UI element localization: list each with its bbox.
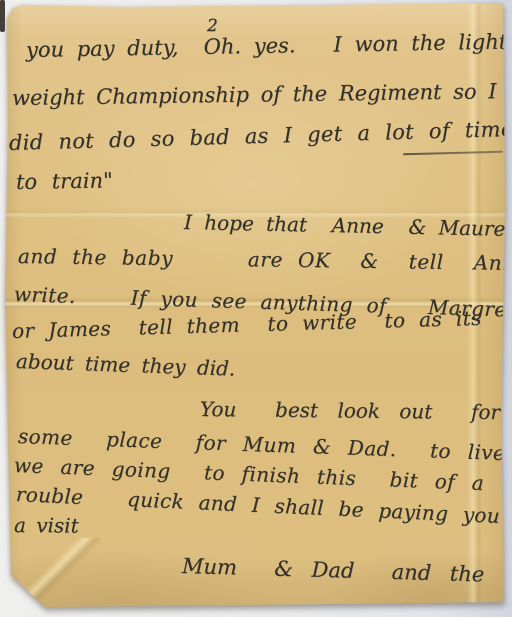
handwritten-line: Mum & Dad and the rest	[182, 556, 512, 588]
page-number: 2	[207, 18, 218, 35]
handwritten-line: I hope that Anne & Maureen	[184, 212, 512, 239]
handwritten-line: about time they did.	[16, 351, 236, 379]
handwritten-line: you pay duty, Oh. yes. I won the light	[26, 32, 508, 61]
fold-crease-cut-corner	[5, 538, 100, 607]
handwritten-line: to train"	[16, 170, 113, 193]
handwritten-line: and the baby are OK & tell Anne to	[18, 246, 512, 274]
letter-paper-wrap: 2 you pay duty, Oh. yes. I won the light…	[0, 0, 512, 617]
handwritten-line: a visit	[14, 515, 79, 536]
pen-flourish-stroke	[403, 151, 503, 156]
letter-page: 2 you pay duty, Oh. yes. I won the light…	[5, 3, 505, 607]
corner-pen-mark	[11, 591, 20, 606]
handwritten-line: did not do so bad as I get a lot of time	[9, 119, 512, 154]
handwritten-line: or James tell them to write to as its	[12, 308, 482, 341]
scanner-background: 2 you pay duty, Oh. yes. I won the light…	[0, 0, 512, 617]
handwritten-line: You best look out for	[200, 399, 500, 422]
handwritten-line: weight Championship of the Regiment so I	[12, 81, 497, 109]
